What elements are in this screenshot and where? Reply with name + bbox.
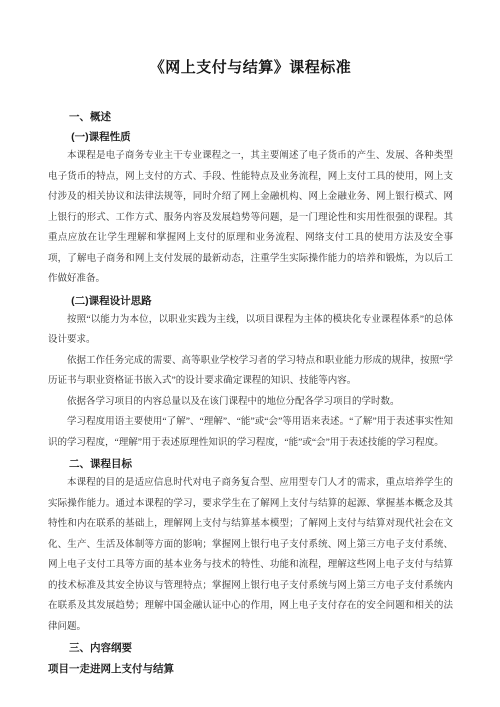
paragraph-design-2: 依据工作任务完成的需要、高等职业学校学习者的学习特点和职业能力形成的规律，按照“…: [48, 351, 453, 392]
section-heading-objectives: 二、课程目标: [48, 453, 453, 473]
document-title: 《网上支付与结算》课程标准: [48, 58, 453, 78]
subsection-heading-design-approach: (二)课程设计思路: [48, 290, 453, 310]
paragraph-design-1: 按照“以能力为本位，以职业实践为主线，以项目课程为主体的模块化专业课程体系”的总…: [48, 310, 453, 351]
paragraph-design-3: 依据各学习项目的内容总量以及在该门课程中的地位分配各学习项目的学时数。: [48, 392, 453, 413]
paragraph-course-nature: 本课程是电子商务专业主干专业课程之一，其主要阐述了电子货币的产生、发展、各种类型…: [48, 146, 453, 290]
subsection-heading-course-nature: (一)课程性质: [48, 126, 453, 146]
section-heading-outline: 三、内容纲要: [48, 637, 453, 657]
section-heading-overview: 一、概述: [48, 106, 453, 126]
project-one-heading: 项目一走进网上支付与结算: [48, 657, 453, 679]
paragraph-design-4: 学习程度用语主要使用“了解”、“理解”、“能”或“会”等用语来表述。“了解”用于…: [48, 412, 453, 453]
paragraph-objectives: 本课程的目的是适应信息时代对电子商务复合型、应用型专门人才的需求，重点培养学生的…: [48, 473, 453, 637]
document-page: 《网上支付与结算》课程标准 一、概述 (一)课程性质 本课程是电子商务专业主干专…: [0, 0, 500, 707]
